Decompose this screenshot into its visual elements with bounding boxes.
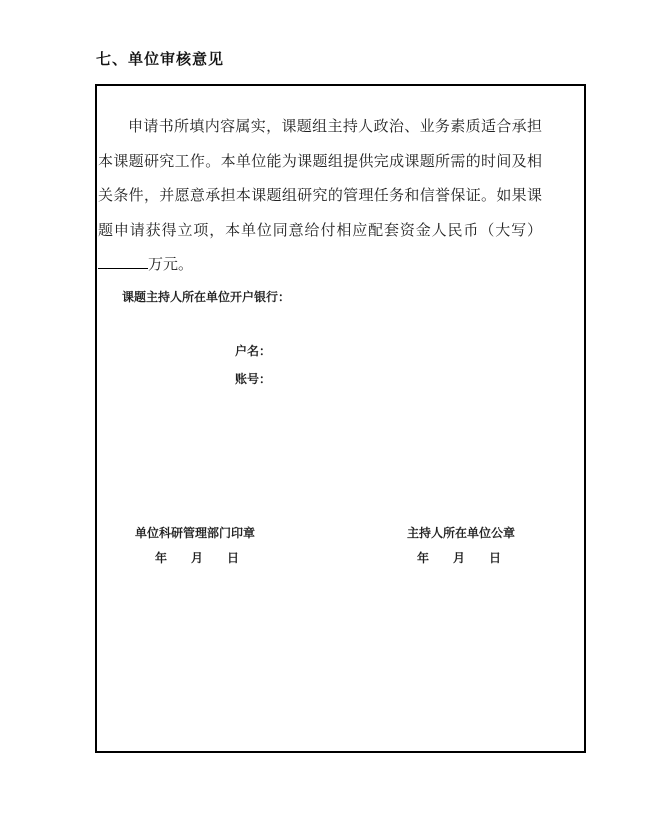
account-name-row: 户名： [235, 341, 351, 359]
account-name-field[interactable] [271, 341, 351, 355]
account-number-field[interactable] [271, 369, 351, 383]
amount-blank-field[interactable] [98, 254, 148, 269]
account-number-label: 账号： [235, 372, 271, 386]
date-line-right: 年 月 日 [417, 550, 501, 566]
declaration-paragraph: 申请书所填内容属实，课题组主持人政治、业务素质适合承担本课题研究工作。本单位能为… [98, 110, 542, 283]
date-line-left: 年 月 日 [155, 550, 239, 566]
bank-name-field[interactable] [290, 287, 370, 301]
account-name-label: 户名： [235, 344, 271, 358]
review-opinion-box: 申请书所填内容属实，课题组主持人政治、业务素质适合承担本课题研究工作。本单位能为… [95, 84, 586, 753]
bank-row: 课题主持人所在单位开户银行： [122, 287, 370, 305]
document-page: 七、单位审核意见 申请书所填内容属实，课题组主持人政治、业务素质适合承担本课题研… [0, 0, 646, 821]
section-title: 七、单位审核意见 [96, 48, 224, 69]
declaration-text-after: 万元。 [148, 257, 193, 273]
host-unit-seal-label: 主持人所在单位公章 [407, 525, 515, 541]
bank-label: 课题主持人所在单位开户银行： [122, 290, 290, 304]
declaration-text-before: 申请书所填内容属实，课题组主持人政治、业务素质适合承担本课题研究工作。本单位能为… [98, 119, 542, 239]
research-dept-seal-label: 单位科研管理部门印章 [135, 525, 255, 541]
account-number-row: 账号： [235, 369, 351, 387]
